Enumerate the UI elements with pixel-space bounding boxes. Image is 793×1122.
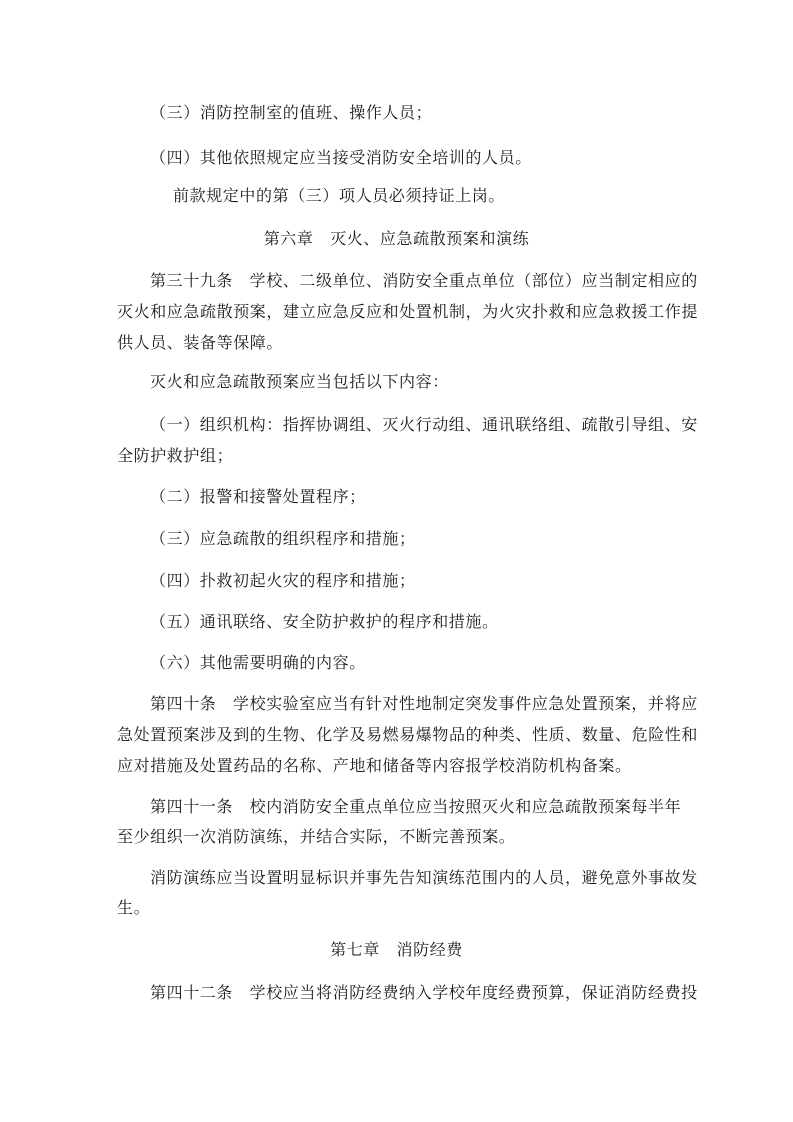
article-39-line-1: 第三十九条 学校、二级单位、消防安全重点单位（部位）应当制定相应的 <box>150 271 673 291</box>
plan-item-4: （四）扑救初起火灾的程序和措施； <box>150 571 416 591</box>
article-39-line-3: 供人员、装备等保障。 <box>117 333 283 353</box>
list-item-3-fire-control-room-staff: （三）消防控制室的值班、操作人员； <box>150 103 432 123</box>
article-42-line-1: 第四十二条 学校应当将消防经费纳入学校年度经费预算，保证消防经费投 <box>150 983 673 1003</box>
article-40-line-3: 应对措施及处置药品的名称、产地和储备等内容报学校消防机构备案。 <box>117 756 632 776</box>
paragraph-certification-note: 前款规定中的第（三）项人员必须持证上岗。 <box>173 186 505 206</box>
chapter-6-heading: 第六章 灭火、应急疏散预案和演练 <box>0 229 793 249</box>
drill-notice-line-2: 生。 <box>117 898 150 918</box>
list-item-4-other-trainees: （四）其他依照规定应当接受消防安全培训的人员。 <box>150 148 532 168</box>
article-41-line-2: 至少组织一次消防演练，并结合实际，不断完善预案。 <box>117 827 515 847</box>
chapter-7-heading: 第七章 消防经费 <box>0 940 793 960</box>
plan-contents-intro: 灭火和应急疏散预案应当包括以下内容： <box>150 372 449 392</box>
plan-item-6: （六）其他需要明确的内容。 <box>150 653 366 673</box>
drill-notice-line-1: 消防演练应当设置明显标识并事先告知演练范围内的人员，避免意外事故发 <box>150 868 673 888</box>
article-40-line-2: 急处置预案涉及到的生物、化学及易燃易爆物品的种类、性质、数量、危险性和 <box>117 725 673 745</box>
plan-item-1-line-2: 全防护救护组； <box>117 446 233 466</box>
plan-item-1-line-1: （一）组织机构：指挥协调组、灭火行动组、通讯联络组、疏散引导组、安 <box>150 415 673 435</box>
document-page: （三）消防控制室的值班、操作人员； （四）其他依照规定应当接受消防安全培训的人员… <box>0 0 793 1122</box>
article-41-line-1: 第四十一条 校内消防安全重点单位应当按照灭火和应急疏散预案每半年 <box>150 797 673 817</box>
plan-item-3: （三）应急疏散的组织程序和措施； <box>150 529 416 549</box>
article-40-line-1: 第四十条 学校实验室应当有针对性地制定突发事件应急处置预案，并将应 <box>150 694 673 714</box>
plan-item-5: （五）通讯联络、安全防护救护的程序和措施。 <box>150 612 499 632</box>
article-39-line-2: 灭火和应急疏散预案，建立应急反应和处置机制，为火灾扑救和应急救援工作提 <box>117 302 673 322</box>
plan-item-2: （二）报警和接警处置程序； <box>150 487 366 507</box>
